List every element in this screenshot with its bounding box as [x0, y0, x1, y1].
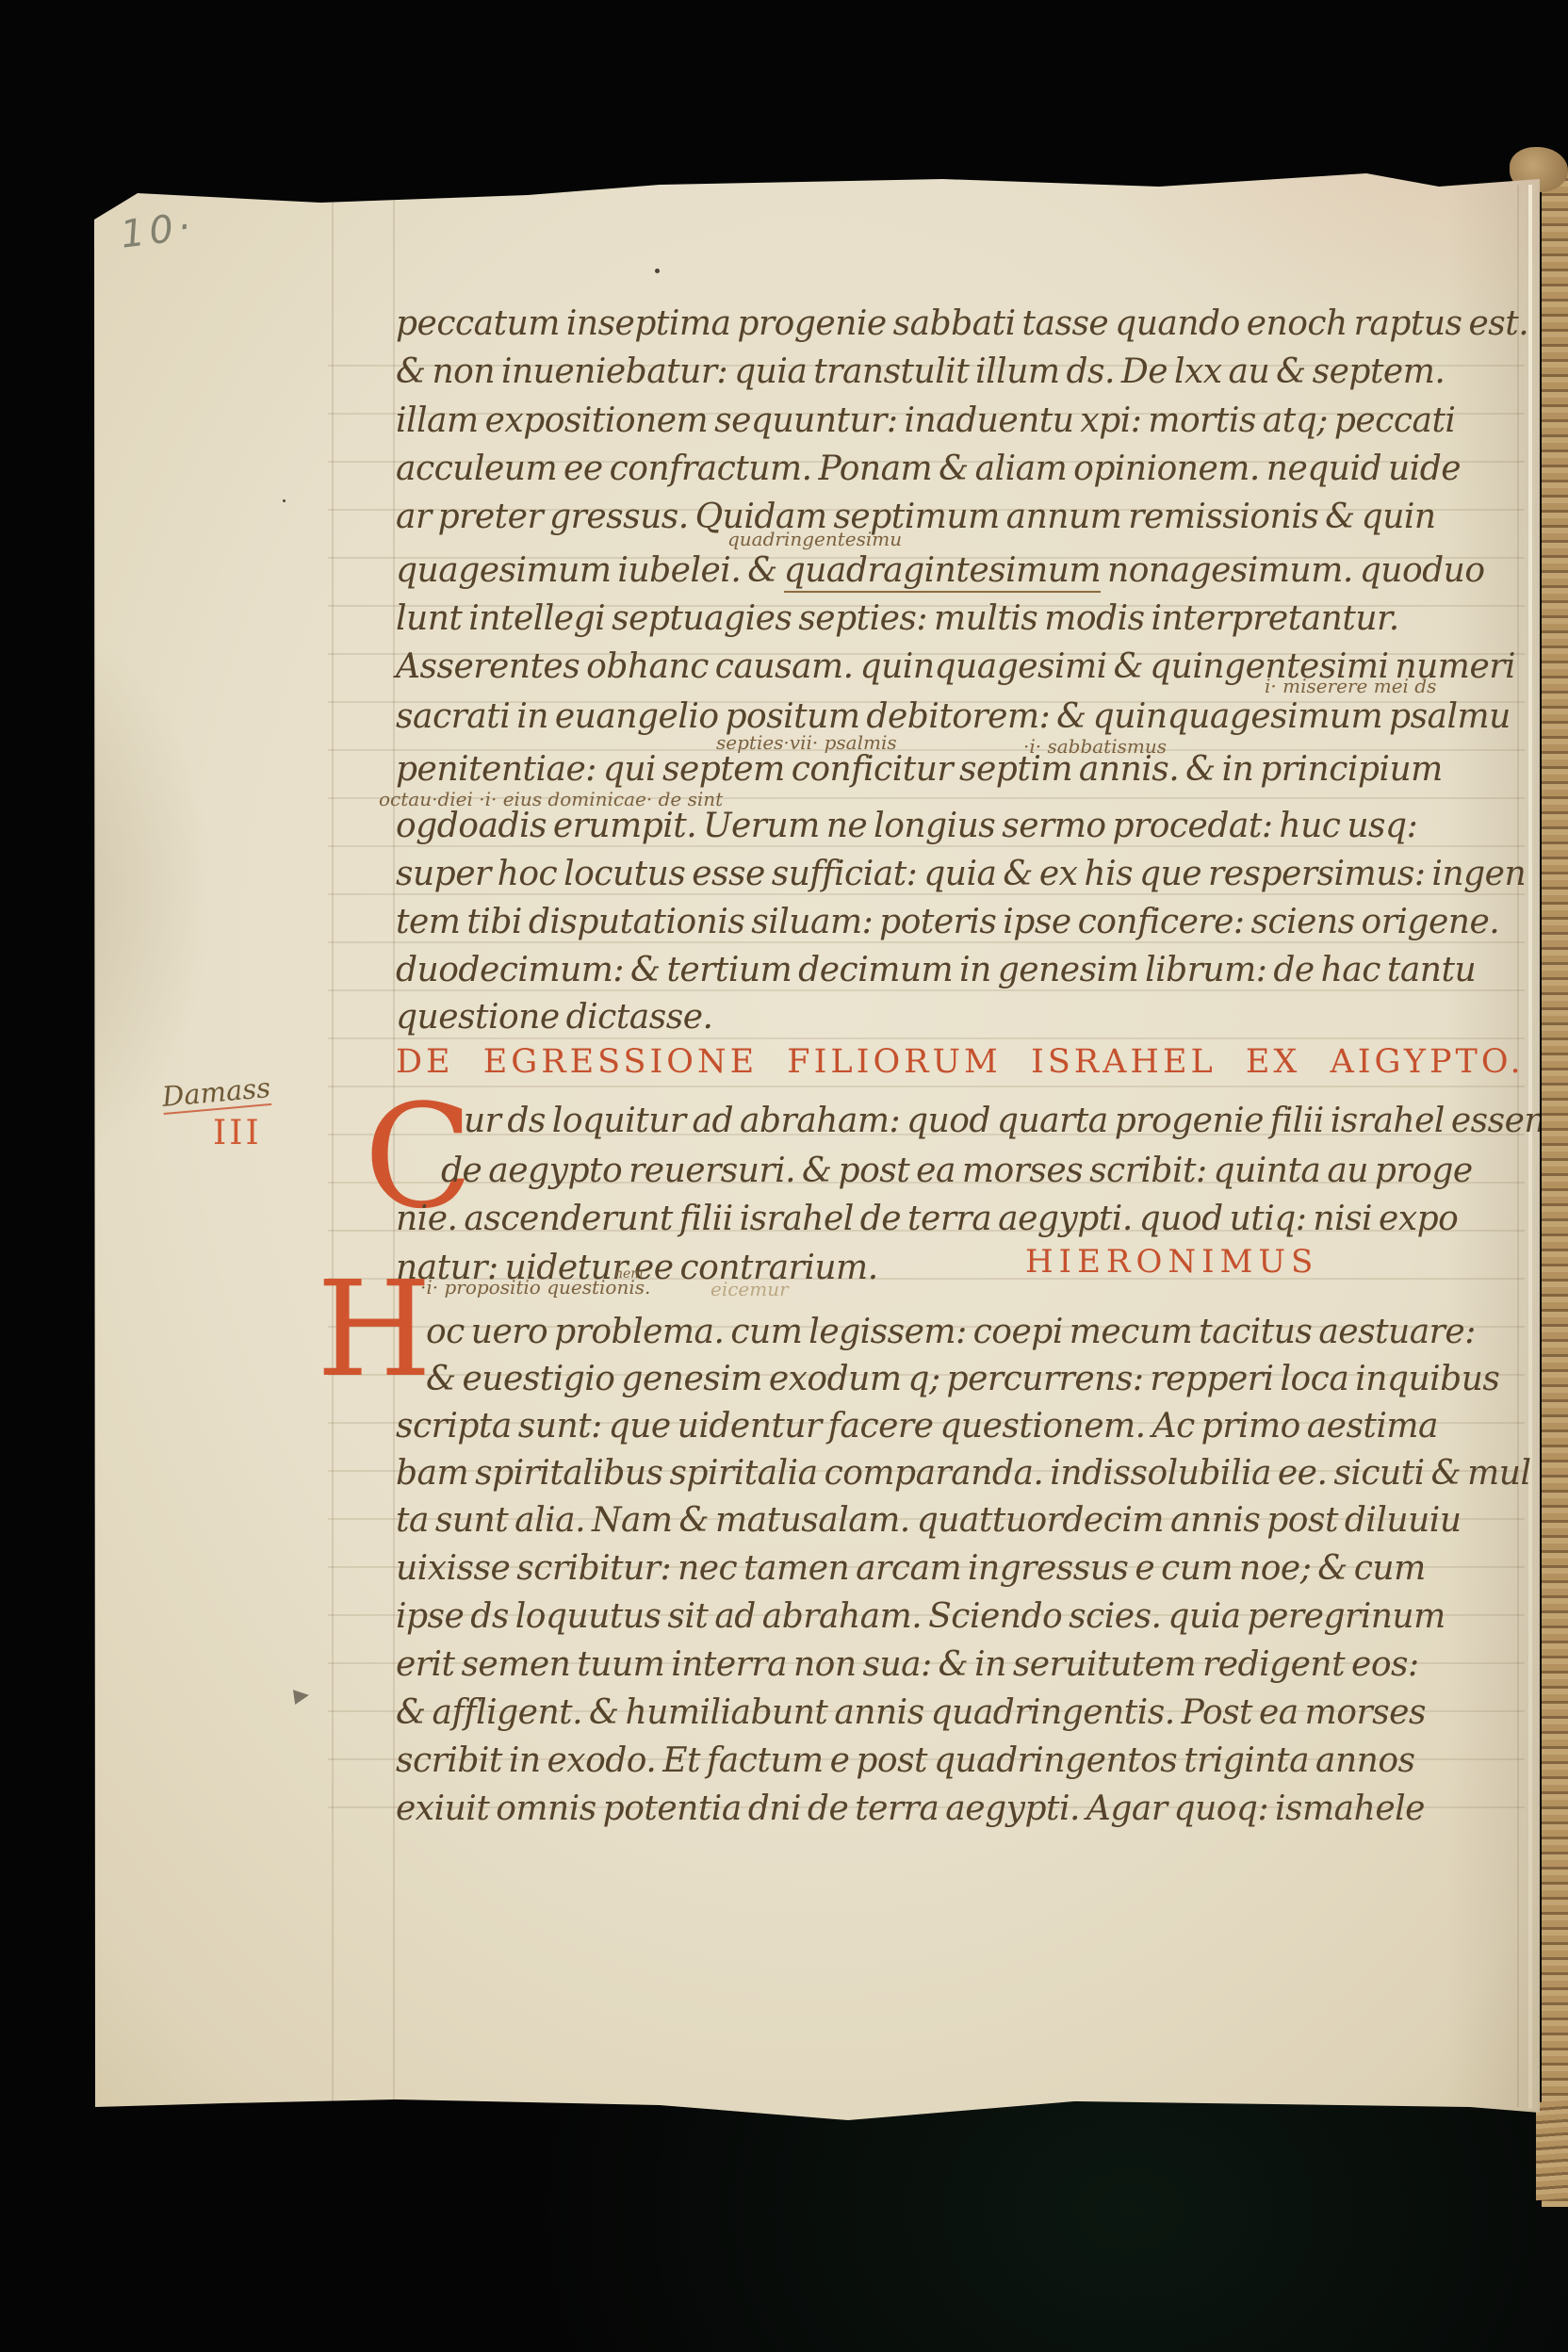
vertical-ruling-right	[1517, 185, 1519, 2107]
margin-chapter-numeral: III	[213, 1114, 262, 1152]
line-segment: quagesimum iubelei. &	[396, 551, 784, 590]
text-line-with-underline: quagesimum iubelei. & quadragintesimum n…	[396, 550, 1485, 592]
interlinear-gloss-quadringentesimum: quadringentesimu	[727, 528, 902, 550]
text-line: sacrati in euangelio positum debitorem: …	[396, 696, 1511, 738]
manuscript-photo: { "folio_number": "10·", "margin_note": …	[0, 0, 1568, 2352]
text-line: erit semen tuum interra non sua: & in se…	[396, 1644, 1419, 1686]
text-line: & euestigio genesim exodum q; percurrens…	[426, 1359, 1499, 1400]
ink-speck	[655, 269, 660, 273]
text-line: ogdoadis erumpit. Uerum ne longius sermo…	[396, 806, 1417, 847]
binding-edge-bottom	[1536, 2100, 1568, 2200]
text-line: ur ds loquitur ad abraham: quod quarta p…	[464, 1101, 1559, 1142]
text-line: lunt intellegi septuagies septies: multi…	[396, 598, 1399, 640]
page-edge-highlight	[1528, 185, 1532, 2109]
rubric-heading: DE EGRESSIONE FILIORUM ISRAHEL EX AIGYPT…	[396, 1042, 1525, 1082]
text-line: uixisse scribitur: nec tamen arcam ingre…	[396, 1548, 1426, 1590]
text-line: tem tibi disputationis siluam: poteris i…	[396, 902, 1499, 943]
photo-background: 10· peccatum inseptima progenie sabbati …	[0, 0, 1568, 2352]
text-line: ta sunt alia. Nam & matusalam. quattuord…	[396, 1500, 1462, 1542]
folio-number: 10·	[118, 204, 197, 256]
text-line: penitentiae: qui septem conficitur septi…	[396, 749, 1443, 791]
text-line: scribit in exodo. Et factum e post quadr…	[396, 1740, 1414, 1782]
line-segment: nonagesimum. quoduo	[1101, 551, 1484, 590]
text-line: & non inueniebatur: quia transtulit illu…	[396, 351, 1445, 393]
text-line: questione dictasse.	[396, 997, 712, 1038]
hieronimus-heading: HIERONIMUS	[1025, 1242, 1318, 1282]
ink-speck	[283, 499, 286, 502]
text-line: bam spiritalibus spiritalia comparanda. …	[396, 1453, 1530, 1494]
text-line: ar preter gressus. Quidam septimum annum…	[396, 497, 1436, 538]
margin-author-note: Damass	[161, 1071, 272, 1115]
text-line: duodecimum: & tertium decimum in genesim…	[396, 950, 1476, 991]
interlinear-gloss-miserere: i· miserere mei ds	[1265, 675, 1436, 697]
interlinear-gloss-faded: eicemur	[710, 1278, 789, 1300]
text-line: & affligent. & humiliabunt annis quadrin…	[396, 1692, 1426, 1734]
text-line: oc uero problema. cum legissem: coepi me…	[426, 1312, 1476, 1353]
text-line: ipse ds loquutus sit ad abraham. Sciendo…	[396, 1596, 1445, 1638]
margin-mark	[293, 1688, 310, 1705]
interlinear-gloss-propositio-superscript: nem	[614, 1263, 644, 1285]
manuscript-page: 10· peccatum inseptima progenie sabbati …	[0, 0, 1568, 2352]
text-line: super hoc locutus esse sufficiat: quia &…	[396, 854, 1526, 895]
book-binding-edge	[1542, 171, 1568, 2207]
text-line: peccatum inseptima progenie sabbati tass…	[396, 303, 1528, 345]
text-line: nie. ascenderunt filii israhel de terra …	[396, 1199, 1458, 1240]
text-line: exiuit omnis potentia dni de terra aegyp…	[396, 1788, 1425, 1830]
text-line: illam expositionem sequuntur: inaduentu …	[396, 400, 1455, 442]
text-line: scripta sunt: que uidentur facere questi…	[396, 1406, 1438, 1447]
underlined-word: quadragintesimum	[784, 551, 1101, 593]
text-line: de aegypto reuersuri. & post ea morses s…	[441, 1151, 1473, 1192]
text-line: acculeum ee confractum. Ponam & aliam op…	[396, 449, 1461, 490]
vertical-ruling-left-outer	[332, 198, 334, 2101]
initial-h: H	[317, 1265, 432, 1396]
